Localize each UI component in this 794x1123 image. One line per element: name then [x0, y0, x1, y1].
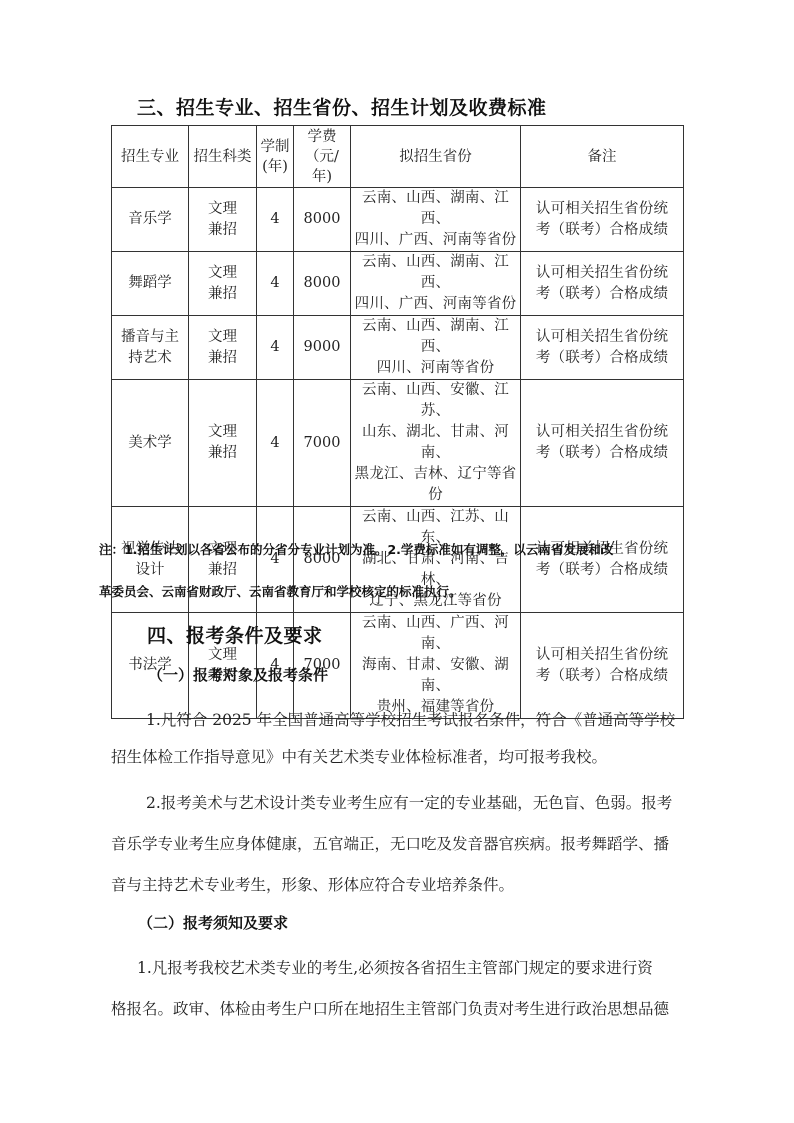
cell-provinces: 云南、山西、湖南、江西、四川、河南等省份 — [351, 316, 521, 380]
cell-remarks: 认可相关招生省份统考（联考）合格成绩 — [521, 613, 684, 719]
cell-years: 4 — [257, 188, 294, 252]
cell-provinces: 云南、山西、安徽、江苏、山东、湖北、甘肃、河南、黑龙江、吉林、辽宁等省份 — [351, 380, 521, 507]
cell-years: 4 — [257, 316, 294, 380]
paragraph-3-line-2: 格报名。政审、体检由考生户口所在地招生主管部门负责对考生进行政治思想品德 — [111, 997, 696, 1019]
cell-remarks: 认可相关招生省份统考（联考）合格成绩 — [521, 252, 684, 316]
cell-fee: 9000 — [294, 316, 351, 380]
subsection-1-heading: （一）报考对象及报考条件 — [148, 664, 328, 685]
cell-major: 舞蹈学 — [112, 252, 189, 316]
subsection-2-heading: （二）报考须知及要求 — [138, 912, 288, 933]
cell-category: 文理兼招 — [189, 188, 257, 252]
paragraph-2-line-1: 2.报考美术与艺术设计类专业考生应有一定的专业基础，无色盲、色弱。报考 — [146, 791, 731, 813]
cell-major: 美术学 — [112, 380, 189, 507]
section-4-heading: 四、报考条件及要求 — [147, 621, 323, 648]
cell-provinces: 云南、山西、湖南、江西、四川、广西、河南等省份 — [351, 188, 521, 252]
table-row: 音乐学 文理兼招 4 8000 云南、山西、湖南、江西、四川、广西、河南等省份 … — [112, 188, 684, 252]
paragraph-1-line-2: 招生体检工作指导意见》中有关艺术类专业体检标准者，均可报考我校。 — [111, 745, 696, 767]
cell-provinces: 云南、山西、湖南、江西、四川、广西、河南等省份 — [351, 252, 521, 316]
paragraph-2-line-3: 音与主持艺术专业考生，形象、形体应符合专业培养条件。 — [111, 873, 696, 895]
table-row: 播音与主持艺术 文理兼招 4 9000 云南、山西、湖南、江西、四川、河南等省份… — [112, 316, 684, 380]
cell-years: 4 — [257, 252, 294, 316]
header-provinces: 拟招生省份 — [351, 126, 521, 188]
cell-fee: 7000 — [294, 380, 351, 507]
table-note-line-2: 革委员会、云南省财政厅、云南省教育厅和学校核定的标准执行。 — [99, 582, 699, 600]
cell-provinces: 云南、山西、广西、河南、海南、甘肃、安徽、湖南、贵州、福建等省份 — [351, 613, 521, 719]
cell-remarks: 认可相关招生省份统考（联考）合格成绩 — [521, 380, 684, 507]
cell-years: 4 — [257, 380, 294, 507]
paragraph-1-line-1: 1.凡符合 2025 年全国普通高等学校招生考试报名条件，符合《普通高等学校 — [146, 708, 731, 730]
paragraph-3-line-1: 1.凡报考我校艺术类专业的考生,必须按各省招生主管部门规定的要求进行资 — [137, 956, 722, 978]
header-remarks: 备注 — [521, 126, 684, 188]
section-3-heading: 三、招生专业、招生省份、招生计划及收费标准 — [137, 93, 547, 120]
header-fee: 学费 （元/ 年) — [294, 126, 351, 188]
header-years: 学制 (年) — [257, 126, 294, 188]
header-category: 招生科类 — [189, 126, 257, 188]
cell-category: 文理兼招 — [189, 252, 257, 316]
cell-remarks: 认可相关招生省份统考（联考）合格成绩 — [521, 316, 684, 380]
cell-fee: 8000 — [294, 252, 351, 316]
table-note-line-1: 注：1.招生计划以各省公布的分省分专业计划为准。2.学费标准如有调整，以云南省发… — [99, 540, 699, 558]
table-row: 舞蹈学 文理兼招 4 8000 云南、山西、湖南、江西、四川、广西、河南等省份 … — [112, 252, 684, 316]
cell-fee: 8000 — [294, 188, 351, 252]
cell-category: 文理兼招 — [189, 380, 257, 507]
paragraph-2-line-2: 音乐学专业考生应身体健康，五官端正，无口吃及发音器官疾病。报考舞蹈学、播 — [111, 832, 696, 854]
cell-major: 播音与主持艺术 — [112, 316, 189, 380]
cell-remarks: 认可相关招生省份统考（联考）合格成绩 — [521, 188, 684, 252]
document-page: 三、招生专业、招生省份、招生计划及收费标准 招生专业 招生科类 学制 (年) 学… — [0, 0, 794, 1123]
cell-category: 文理兼招 — [189, 316, 257, 380]
table-header-row: 招生专业 招生科类 学制 (年) 学费 （元/ 年) 拟招生省份 备注 — [112, 126, 684, 188]
header-major: 招生专业 — [112, 126, 189, 188]
cell-major: 音乐学 — [112, 188, 189, 252]
table-row: 美术学 文理兼招 4 7000 云南、山西、安徽、江苏、山东、湖北、甘肃、河南、… — [112, 380, 684, 507]
